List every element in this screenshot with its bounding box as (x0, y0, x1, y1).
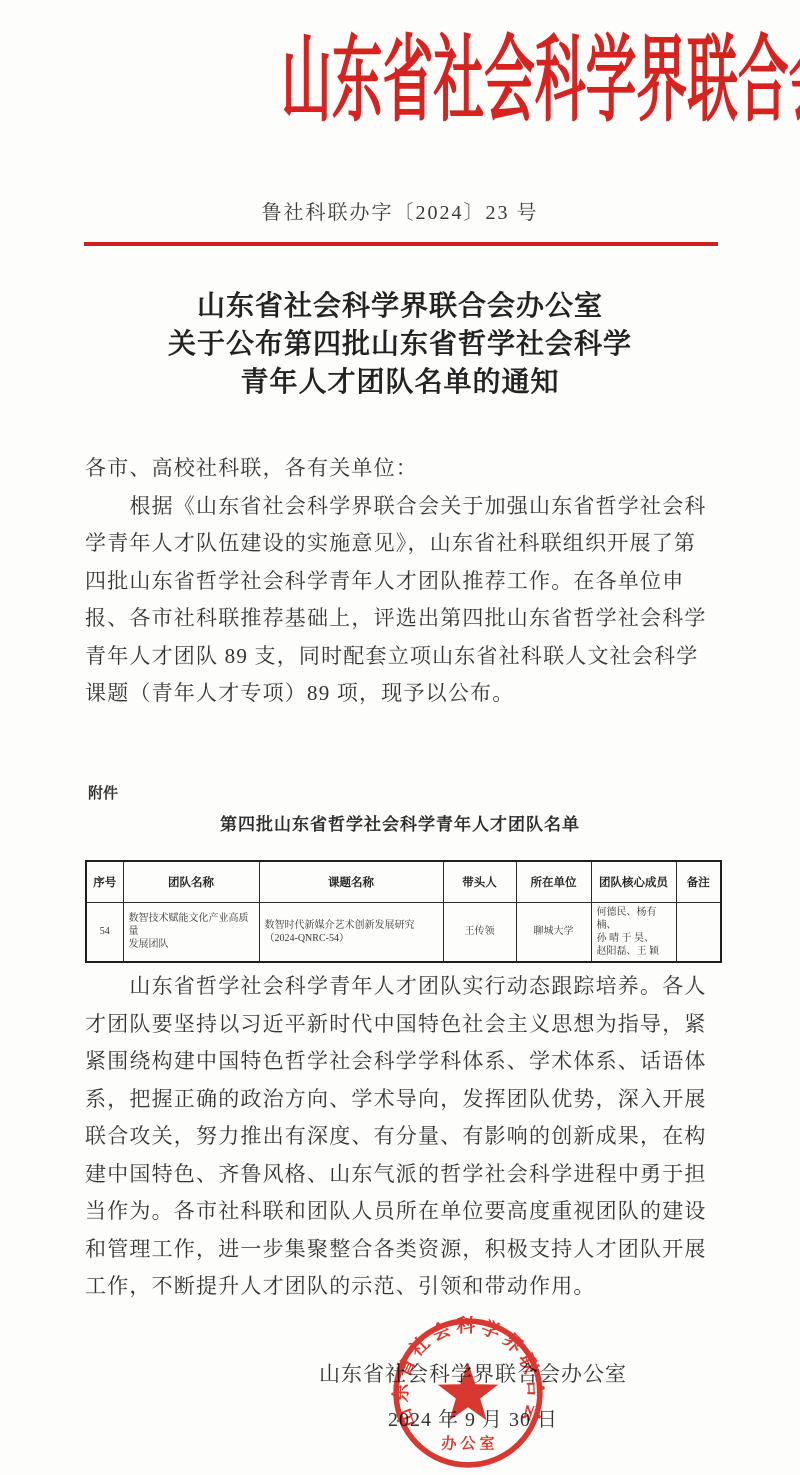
notice-title: 山东省社会科学界联合会办公室 关于公布第四批山东省哲学社会科学 青年人才团队名单… (0, 288, 800, 402)
table-row: 54 数智技术赋能文化产业高质量 发展团队 数智时代新媒介艺术创新发展研究 （2… (86, 902, 721, 962)
table-caption: 第四批山东省哲学社会科学青年人才团队名单 (0, 810, 800, 835)
cell-note (676, 902, 721, 962)
official-seal: 山东省社会科学界联合会 办 公 室 (389, 1314, 547, 1472)
header-unit: 所在单位 (516, 861, 591, 902)
red-separator-line (84, 242, 718, 246)
header-leader: 带头人 (443, 861, 516, 902)
cell-core-members: 何德民、杨有楠、 孙 晴 于 昊、 赵阳磊、王 颖 (591, 902, 676, 962)
header-note: 备注 (676, 861, 721, 902)
header-seq: 序号 (86, 861, 123, 902)
seal-star-icon (438, 1363, 499, 1421)
cell-team-name: 数智技术赋能文化产业高质量 发展团队 (123, 902, 259, 962)
document-page: 山东省社会科学界联合会文件 鲁社科联办字〔2024〕23 号 山东省社会科学界联… (0, 0, 800, 1475)
attachment-label: 附件 (88, 782, 118, 803)
seal-bottom-text: 办 公 室 (441, 1435, 494, 1453)
header-core-members: 团队核心成员 (591, 861, 676, 902)
table-header-row: 序号 团队名称 课题名称 带头人 所在单位 团队核心成员 备注 (86, 861, 721, 902)
header-team-name: 团队名称 (123, 861, 259, 902)
header-project-name: 课题名称 (259, 861, 443, 902)
cell-leader: 王传领 (443, 902, 516, 962)
cell-project-name: 数智时代新媒介艺术创新发展研究 （2024-QNRC-54） (259, 902, 443, 962)
opening-paragraph: 各市、高校社科联，各有关单位： 根据《山东省社会科学界联合会关于加强山东省哲学社… (85, 450, 725, 713)
cell-seq: 54 (86, 902, 123, 962)
letterhead-title: 山东省社会科学界联合会文件 (0, 22, 800, 140)
cell-unit: 聊城大学 (516, 902, 591, 962)
closing-paragraph: 山东省哲学社会科学青年人才团队实行动态跟踪培养。各人 才团队要坚持以习近平新时代… (85, 968, 725, 1306)
roster-table: 序号 团队名称 课题名称 带头人 所在单位 团队核心成员 备注 54 数智技术赋… (85, 860, 722, 963)
doc-number: 鲁社科联办字〔2024〕23 号 (0, 196, 800, 225)
